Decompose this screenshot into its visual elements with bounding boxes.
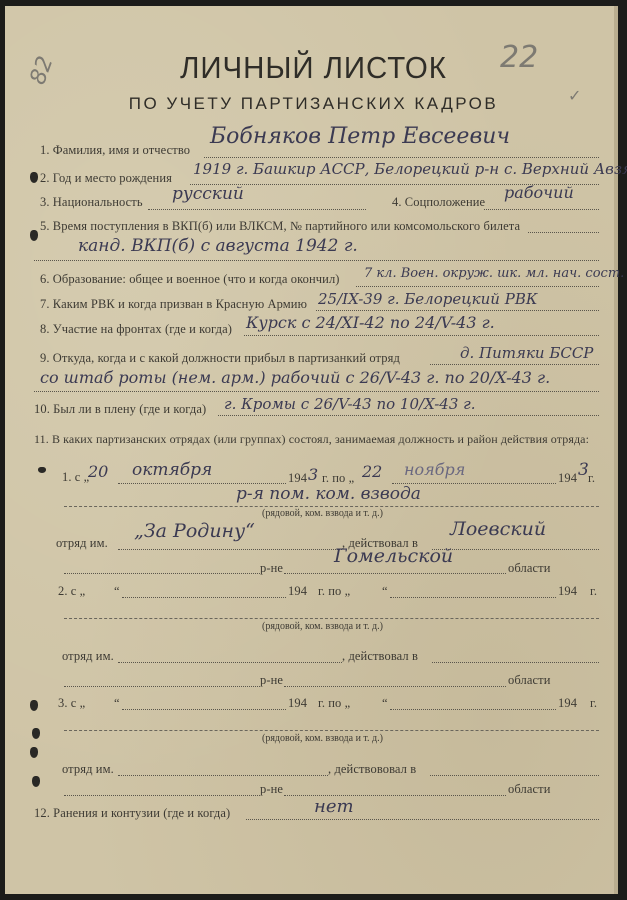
entry-3-position-hint: (рядовой, ком. взвода и т. д.) [262,733,383,744]
punch-hole [38,467,46,473]
entry-2-district-line [64,686,260,687]
entry-2-position-line [64,618,599,619]
entry-1-district-label: р-не [260,561,283,576]
entry-3-district-label: р-не [260,782,283,797]
entry-3-from-year-prefix: 194 [288,696,307,711]
field-11-label: 11. В каких партизанских отрядах (или гр… [34,430,599,448]
entry-2-region-label: области [508,673,551,688]
entry-1-region-line [284,573,506,574]
entry-1-to-month[interactable]: ноября [404,460,465,479]
entry-1-acted-line [432,549,599,550]
field-9-label: 9. Откуда, когда и с какой должности при… [40,351,400,366]
entry-3-year-suffix: г. [590,696,597,711]
entry-2-acted-line [432,662,599,663]
field-3-line [148,209,366,210]
entry-3-to-line [390,709,556,710]
field-6-label: 6. Образование: общее и военное (что и к… [40,272,340,287]
entry-1-from-year-digit[interactable]: 3 [308,465,318,484]
entry-2-open-quote-2: “ [382,584,388,599]
entry-1-from-day[interactable]: 20 [88,462,108,481]
field-4-label: 4. Соцположение [392,195,485,210]
entry-3-region-label: области [508,782,551,797]
entry-2-to-label: г. по „ [318,584,350,599]
field-7-label: 7. Каким РВК и когда призван в Красную А… [40,297,307,312]
entry-1-region[interactable]: Гомельской [334,545,453,567]
document-title: ЛИЧНЫЙ ЛИСТОК [16,50,612,86]
field-8-value[interactable]: Курск с 24/XI-42 по 24/V-43 г. [246,313,495,332]
field-4-line [484,209,599,210]
entry-2-position-hint: (рядовой, ком. взвода и т. д.) [262,621,383,632]
entry-2-open-quote: “ [114,584,120,599]
field-9-line-a [430,364,599,365]
entry-1-num: 1. с „ [62,470,89,485]
field-4-value[interactable]: рабочий [504,183,574,202]
field-3-value[interactable]: русский [172,184,244,204]
field-12-label: 12. Ранения и контузии (где и когда) [34,806,230,821]
entry-2-detachment-line [118,662,342,663]
entry-1-position[interactable]: р-я пом. ком. взвода [236,484,421,504]
field-6-value[interactable]: 7 кл. Воен. окруж. шк. мл. нач. сост. [364,266,624,281]
field-5-line-a [528,232,599,233]
field-10-line [218,415,599,416]
field-5-line-b [34,260,599,261]
field-9-line-b [34,391,599,392]
entry-2-detachment-label: отряд им. [62,649,114,664]
entry-2-region-line [284,686,506,687]
entry-1-region-label: области [508,561,551,576]
field-10-label: 10. Был ли в плену (где и когда) [34,402,206,417]
punch-hole [30,172,38,183]
field-2-value[interactable]: 1919 г. Башкир АССР, Белорецкий р-н с. В… [193,160,627,178]
entry-1-detachment[interactable]: „За Родину“ [134,520,255,542]
field-9-value-line1[interactable]: д. Питяки БССР [460,344,593,362]
entry-2-to-year-prefix: 194 [558,584,577,599]
punch-hole [30,230,38,241]
entry-3-district-line [64,795,260,796]
punch-hole [32,776,40,787]
entry-1-from-month[interactable]: октября [132,460,212,480]
entry-3-open-quote: “ [114,696,120,711]
entry-1-detachment-line [118,549,342,550]
entry-1-district[interactable]: Лоевский [450,518,546,540]
field-7-line [316,310,599,311]
entry-2-from-year-prefix: 194 [288,584,307,599]
punch-hole [32,728,40,739]
entry-2-to-line [390,597,556,598]
field-8-line [244,335,599,336]
field-12-line [246,819,599,820]
field-3-label: 3. Национальность [40,195,143,210]
entry-2-num: 2. с „ [58,584,85,599]
entry-3-to-year-prefix: 194 [558,696,577,711]
entry-1-position-line [64,506,599,507]
entry-3-acted-label: , действововал в [328,762,416,777]
entry-3-detachment-label: отряд им. [62,762,114,777]
entry-3-from-line [122,709,286,710]
punch-hole [30,747,38,758]
field-7-value[interactable]: 25/IX-39 г. Белорецкий РВК [318,290,537,308]
punch-hole [30,700,38,711]
field-6-line [356,286,599,287]
entry-3-open-quote-2: “ [382,696,388,711]
entry-3-acted-line [430,775,599,776]
entry-1-district-line [64,573,260,574]
field-12-value[interactable]: нет [314,796,354,817]
entry-2-district-label: р-не [260,673,283,688]
entry-1-year-suffix: г. [588,471,595,486]
entry-2-year-suffix: г. [590,584,597,599]
field-5-label: 5. Время поступления в ВКП(б) или ВЛКСМ,… [40,219,520,234]
field-2-label: 2. Год и место рождения [40,171,172,186]
field-1-label: 1. Фамилия, имя и отчество [40,143,190,158]
entry-3-detachment-line [118,775,328,776]
field-1-value[interactable]: Бобняков Петр Евсеевич [210,124,510,149]
entry-2-acted-label: , действовал в [342,649,418,664]
entry-1-detachment-label: отряд им. [56,536,108,551]
field-8-label: 8. Участие на фронтах (где и когда) [40,322,232,337]
field-5-value[interactable]: канд. ВКП(б) с августа 1942 г. [78,236,358,256]
entry-1-to-day[interactable]: 22 [362,462,382,481]
entry-1-position-hint: (рядовой, ком. взвода и т. д.) [262,508,383,519]
field-1-line [204,157,599,158]
entry-3-position-line [64,730,599,731]
entry-1-to-year-prefix: 194 [558,471,577,486]
field-10-value[interactable]: г. Кромы с 26/V-43 по 10/X-43 г. [224,395,475,413]
entry-2-from-line [122,597,286,598]
field-9-value-line2[interactable]: со штаб роты (нем. арм.) рабочий с 26/V-… [40,368,550,387]
document-subtitle: ПО УЧЕТУ ПАРТИЗАНСКИХ КАДРОВ [0,94,627,114]
entry-3-num: 3. с „ [58,696,85,711]
entry-3-to-label: г. по „ [318,696,350,711]
